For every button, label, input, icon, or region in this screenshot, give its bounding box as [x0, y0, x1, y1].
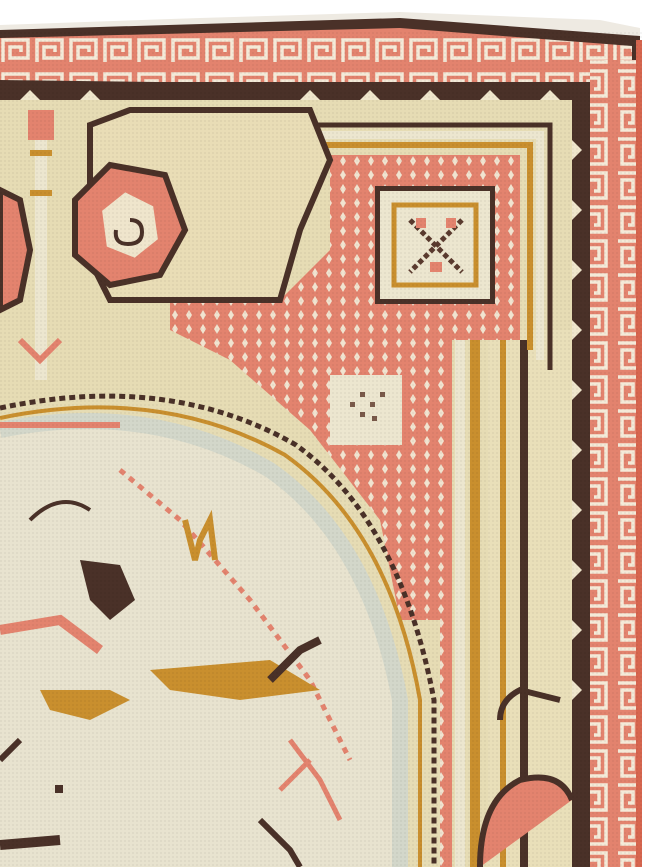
rug-illustration — [0, 0, 650, 867]
rug-photo — [0, 0, 650, 867]
